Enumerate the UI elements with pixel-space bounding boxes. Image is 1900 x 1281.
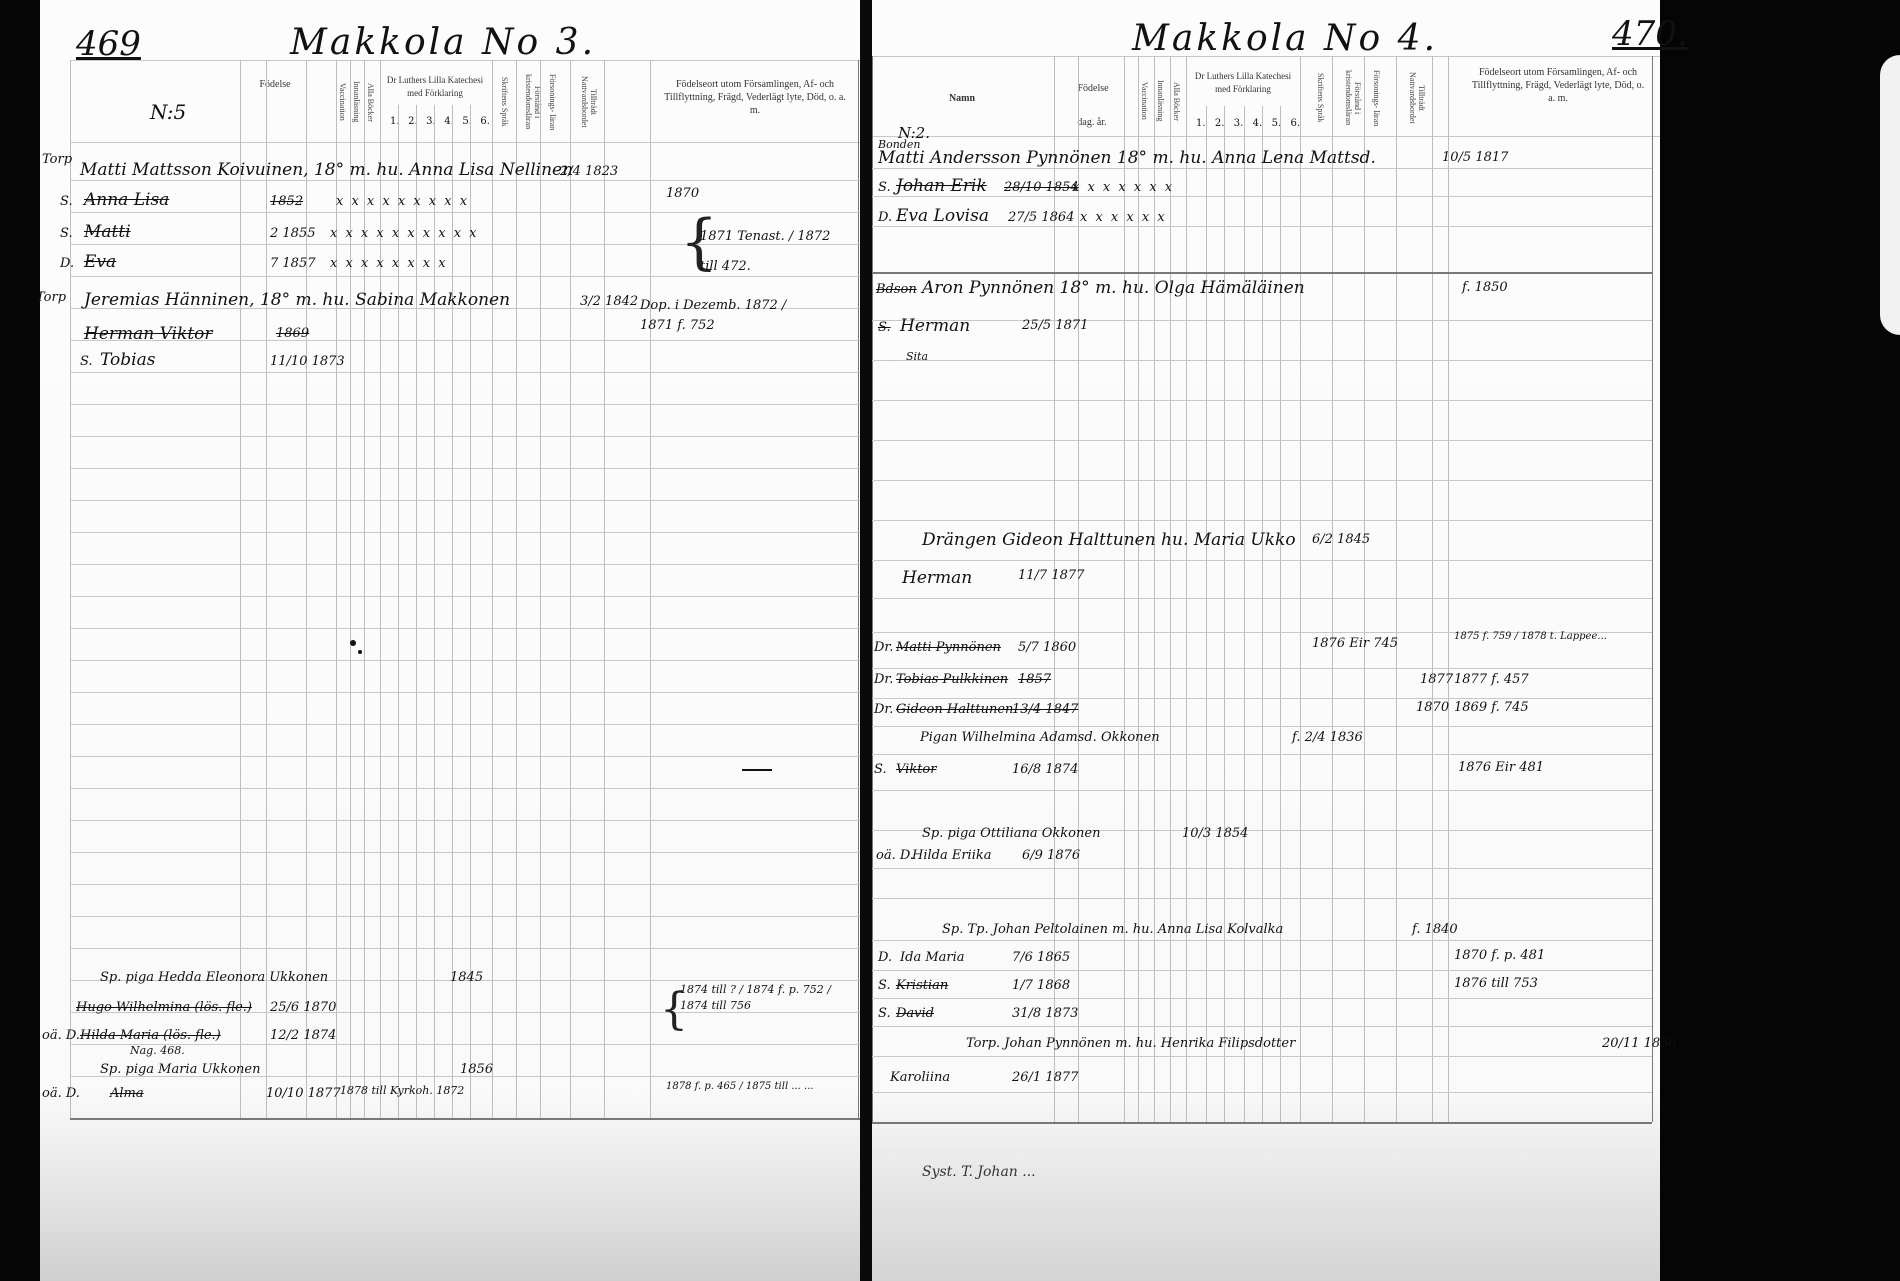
row-rule [872,1026,1652,1027]
catechism-columns: 1. 2. 3. 4. 5. 6. [390,116,490,127]
row-rule [872,998,1652,999]
column-rule [380,60,381,1120]
entry-name: Sp. piga Maria Ukkonen [100,1062,260,1077]
header-reading: Innanläsning [1156,68,1165,134]
row-rule [872,598,1652,599]
entry-date: f. 1840 [1412,922,1458,937]
header-communion: Skriftens Språk [500,64,509,140]
row-rule [872,898,1652,899]
row-rule [70,948,860,949]
entry-name: Johan Erik [896,176,987,196]
row-rule [70,628,860,629]
entry-name: Alma [110,1086,144,1101]
header-top-rule [872,56,1660,57]
entry-name: Aron Pynnönen 18° m. hu. Olga Hämäläinen [922,278,1305,298]
header-confirmation: Försonings- läran [1372,60,1381,136]
ink-spot [350,640,356,646]
entry-date: 31/8 1873 [1012,1006,1078,1021]
column-rule [70,60,71,1120]
cat-col-6: 6. [480,116,490,127]
entry-name: Matti Pynnönen [896,640,1001,655]
column-rule [858,60,859,1120]
header-reading: Innanläsning [352,72,361,132]
entry-label: oä. D. [42,1028,80,1043]
column-rule [516,60,517,1120]
header-books: Alla Böcker [1172,68,1181,134]
header-birth-sub: dag. år. [1062,116,1122,129]
entry-name: Eva Lovisa [896,206,989,226]
left-page: 469 Makkola No 3. N:5 Födelse Vaccinatio… [40,0,860,1281]
entry-date: f. 2/4 1836 [1292,730,1363,745]
entry-name: Torp. Johan Pynnönen m. hu. Henrika Fili… [966,1036,1295,1051]
entry-date: 25/6 1870 [270,1000,336,1015]
column-rule [1652,56,1653,1122]
entry-date: 16/8 1874 [1012,762,1078,777]
entry-label: D. [878,950,892,965]
entry-name: Drängen Gideon Halttunen hu. Maria Ukko [922,530,1296,550]
entry-date: 27/5 1864 [1008,210,1074,225]
entry-label: D. [878,210,892,225]
cat-col-6: 6. [1290,118,1300,129]
row-rule [872,272,1652,274]
header-books: Alla Böcker [366,72,375,132]
column-rule [266,60,267,1120]
column-rule [470,105,471,1120]
header-remarks: Födelseort utom Församlingen, Af- och Ti… [660,78,850,117]
house-number: N:5 [150,100,186,124]
entry-date: 2/4 1823 [560,164,618,179]
entry-name: Karoliina [890,1070,950,1085]
row-rule [872,1092,1652,1093]
entry-date: 3/2 1842 [580,294,638,309]
row-rule [872,196,1652,197]
scan-right-edge [1660,0,1900,1281]
entry-date: 28/10 1854 [1004,180,1079,195]
page-bottom-rule [70,1118,860,1120]
entry-name: Sp. piga Ottiliana Okkonen [922,826,1100,841]
row-rule [872,560,1652,561]
entry-name: Sp. Tp. Johan Peltolainen m. hu. Anna Li… [942,922,1283,937]
row-rule [872,868,1652,869]
header-vaccination: Vaccination [1140,68,1149,134]
entry-label: S. [80,354,93,369]
entry-name: Eva [84,252,116,272]
entry-name: Pigan Wilhelmina Adamsd. Okkonen [920,730,1160,745]
footer-note: Syst. T. Johan ... [922,1164,1036,1180]
entry-remark: 1870 [666,186,699,201]
entry-label: S. [878,180,891,195]
column-rule [350,60,351,1120]
entry-date: 12/2 1874 [270,1028,336,1043]
row-rule [872,970,1652,971]
row-rule [70,756,860,757]
header-admission: Tillträdt Nattvardsbordet [580,64,598,140]
row-rule [872,226,1652,227]
column-rule [336,60,337,1120]
entry-remark: 1876 Eir 481 [1458,760,1544,775]
entry-label: D. [60,256,74,271]
scan-left-edge [0,0,42,1281]
entry-date: 20/11 1856 [1602,1036,1677,1051]
page-title: Makkola No 3. [290,22,596,63]
entry-marks: x x x x x x [1080,210,1167,225]
entry-name: David [896,1006,934,1021]
entry-name: Hilda Eriika [912,848,992,863]
entry-date: f. 1850 [1462,280,1508,295]
entry-name: Kristian [896,978,948,993]
header-birth: Födelse [250,78,300,91]
column-rule [452,105,453,1120]
entry-date: 1856 [460,1062,493,1077]
entry-label: Dr. [874,640,893,655]
header-remarks: Födelseort utom Församlingen, Af- och Ti… [1468,66,1648,105]
column-rule [1448,56,1449,1122]
entry-date: 13/4 1847 [1012,702,1078,717]
row-rule [70,1044,860,1045]
entry-label: S. [60,194,73,209]
entry-remark-mid: 1877 [1420,672,1453,687]
entry-remark: 1871 Tenast. / 1872 till 472. [700,222,840,282]
entry-name: Sp. piga Hedda Eleonora Ukkonen [100,970,328,985]
entry-name: Tobias [100,350,155,370]
row-rule [872,480,1652,481]
header-bottom-rule [70,142,860,143]
row-rule [70,500,860,501]
row-rule [70,436,860,437]
entry-name: Matti Andersson Pynnönen 18° m. hu. Anna… [878,148,1376,168]
entry-marks: x x x x x x x x x x [330,226,479,241]
entry-date: 25/5 1871 [1022,318,1088,333]
entry-date: 1845 [450,970,483,985]
catechism-columns: 1. 2. 3. 4. 5. 6. [1196,118,1300,129]
row-rule [872,726,1652,727]
row-rule [872,668,1652,669]
entry-name: Gideon Halttunen [896,702,1013,717]
row-rule [70,788,860,789]
row-rule [872,400,1652,401]
entry-date: 5/7 1860 [1018,640,1076,655]
column-rule [1396,56,1397,1122]
entry-date: 1/7 1868 [1012,978,1070,993]
entry-name: Herman [900,316,970,336]
entry-remark: 1870 f. p. 481 [1454,948,1545,963]
row-rule [70,212,860,213]
cat-col-2: 2. [1215,118,1225,129]
entry-name: Tobias Pulkkinen [896,672,1008,687]
column-rule [1300,56,1301,1122]
row-rule [70,724,860,725]
column-rule [604,60,605,1120]
column-rule [492,60,493,1120]
entry-remark: 1874 till ? / 1874 f. p. 752 / 1874 till… [680,982,840,1014]
row-rule [70,852,860,853]
entry-date: 1852 [270,194,303,209]
entry-marks: x x x x x x x x x [336,194,469,209]
row-rule [872,320,1652,321]
column-rule [1432,56,1433,1122]
header-admission: Tillträdt Nattvardsbordet [1408,60,1426,136]
entry-label: S. [874,762,887,777]
cat-col-1: 1. [1196,118,1206,129]
entry-remark-mid: 1870 [1416,700,1449,715]
entry-name: Jeremias Hänninen, 18° m. hu. Sabina Mak… [84,290,510,310]
column-rule [1364,56,1365,1122]
entry-label: oä. D. [42,1086,80,1101]
header-communion: Skriftens Språk [1316,60,1325,136]
row-rule [70,532,860,533]
entry-label: Bdson [876,282,917,297]
cat-col-4: 4. [1253,118,1263,129]
cat-col-3: 3. [1234,118,1244,129]
scan-next-page-edge [1880,55,1900,335]
entry-date: 10/3 1854 [1182,826,1248,841]
row-rule [872,360,1652,361]
entry-remark: 1875 f. 759 / 1878 t. Lappee... [1454,630,1654,643]
entry-remark: 1877 f. 457 [1454,672,1529,687]
entry-date: 7/6 1865 [1012,950,1070,965]
row-rule [70,820,860,821]
entry-date: 10/10 1877 [266,1086,341,1101]
entry-name: Viktor [896,762,936,777]
entry-label: Dr. [874,672,893,687]
page-number: 470. [1612,14,1688,54]
header-top-rule [70,60,860,61]
header-birth: Födelse [1068,82,1118,95]
entry-label: S. [60,226,73,241]
entry-date: 7 1857 [270,256,316,271]
entry-label: oä. D. [876,848,914,863]
page-bottom-rule [872,1122,1652,1124]
entry-date: 11/10 1873 [270,354,345,369]
entry-remark: 1869 f. 745 [1454,700,1529,715]
entry-label: S. [878,320,891,335]
entry-label: S. [878,1006,891,1021]
entry-name: Herman [902,568,972,588]
header-vaccination: Vaccination [338,72,347,132]
entry-date: 10/5 1817 [1442,150,1508,165]
row-rule [872,940,1652,941]
entry-marks: x x x x x x x x [330,256,448,271]
row-rule [70,180,860,181]
row-rule [70,596,860,597]
header-name: Namn [932,92,992,105]
entry-name: Sita [906,350,928,363]
page-title: Makkola No 4. [1132,18,1438,59]
entry-note: 1878 till Kyrkoh. 1872 [340,1084,520,1097]
entry-label: Torp [42,152,72,167]
entry-name: Hugo Wilhelmina (lös. fle.) [76,1000,252,1015]
header-catechism: Dr Luthers Lilla Katechesi med Förklarin… [380,74,490,100]
ink-mark [742,769,772,771]
column-rule [1078,56,1079,1122]
entry-date: 11/7 1877 [1018,568,1084,583]
column-rule [1332,56,1333,1122]
entry-date: 1857 [1018,672,1051,687]
row-rule [872,698,1652,699]
ink-spot [358,650,362,654]
entry-remark-mid: 1876 Eir 745 [1312,636,1398,651]
right-page: Makkola No 4. 470. Namn Födelse dag. år.… [872,0,1660,1281]
row-rule [872,168,1652,169]
entry-date: 1869 [276,326,309,341]
header-christianity: Förstånd i kristendomsläran [1344,60,1362,136]
entry-marks: x x x x x x x [1072,180,1174,195]
entry-date: 26/1 1877 [1012,1070,1078,1085]
row-rule [872,440,1652,441]
column-rule [872,56,873,1122]
column-rule [306,60,307,1120]
row-rule [872,1056,1652,1057]
entry-name: Matti Mattsson Koivuinen, 18° m. hu. Ann… [80,160,573,180]
entry-label: Dr. [874,702,893,717]
header-bottom-rule [872,136,1660,137]
entry-name: Herman Viktor [84,324,213,344]
column-rule [240,60,241,1120]
row-rule [70,372,860,373]
row-rule [70,916,860,917]
column-rule [1170,56,1171,1122]
column-rule [1186,56,1187,1122]
entry-remark: Dop. i Dezemb. 1872 / 1871 f. 752 [640,296,820,336]
row-rule [872,754,1652,755]
row-rule [70,404,860,405]
entry-date: 6/2 1845 [1312,532,1370,547]
entry-name: Ida Maria [900,950,965,965]
row-rule [70,884,860,885]
book-gutter [858,0,872,1281]
column-rule [650,60,651,1120]
row-rule [70,468,860,469]
column-rule [570,60,571,1120]
entry-name: Hilda Maria (lös. fle.) [80,1028,221,1043]
entry-note: Nag. 468. [130,1044,185,1057]
page-number: 469 [76,24,141,64]
column-rule [364,60,365,1120]
header-catechism: Dr Luthers Lilla Katechesi med Förklarin… [1188,70,1298,96]
entry-date: 2 1855 [270,226,316,241]
row-rule [872,790,1652,791]
header-confirmation: Försonings- läran [548,64,557,140]
entry-remark: 1876 till 753 [1454,976,1538,991]
entry-date: 6/9 1876 [1022,848,1080,863]
row-rule [70,660,860,661]
row-rule [70,692,860,693]
entry-name: Anna Lisa [84,190,169,210]
column-rule [540,60,541,1120]
row-rule [872,520,1652,521]
row-rule [70,564,860,565]
entry-label: Torp [36,290,66,305]
entry-name: Matti [84,222,131,242]
entry-label: S. [878,978,891,993]
entry-remark: 1878 f. p. 465 / 1875 till ... ... [666,1078,846,1096]
